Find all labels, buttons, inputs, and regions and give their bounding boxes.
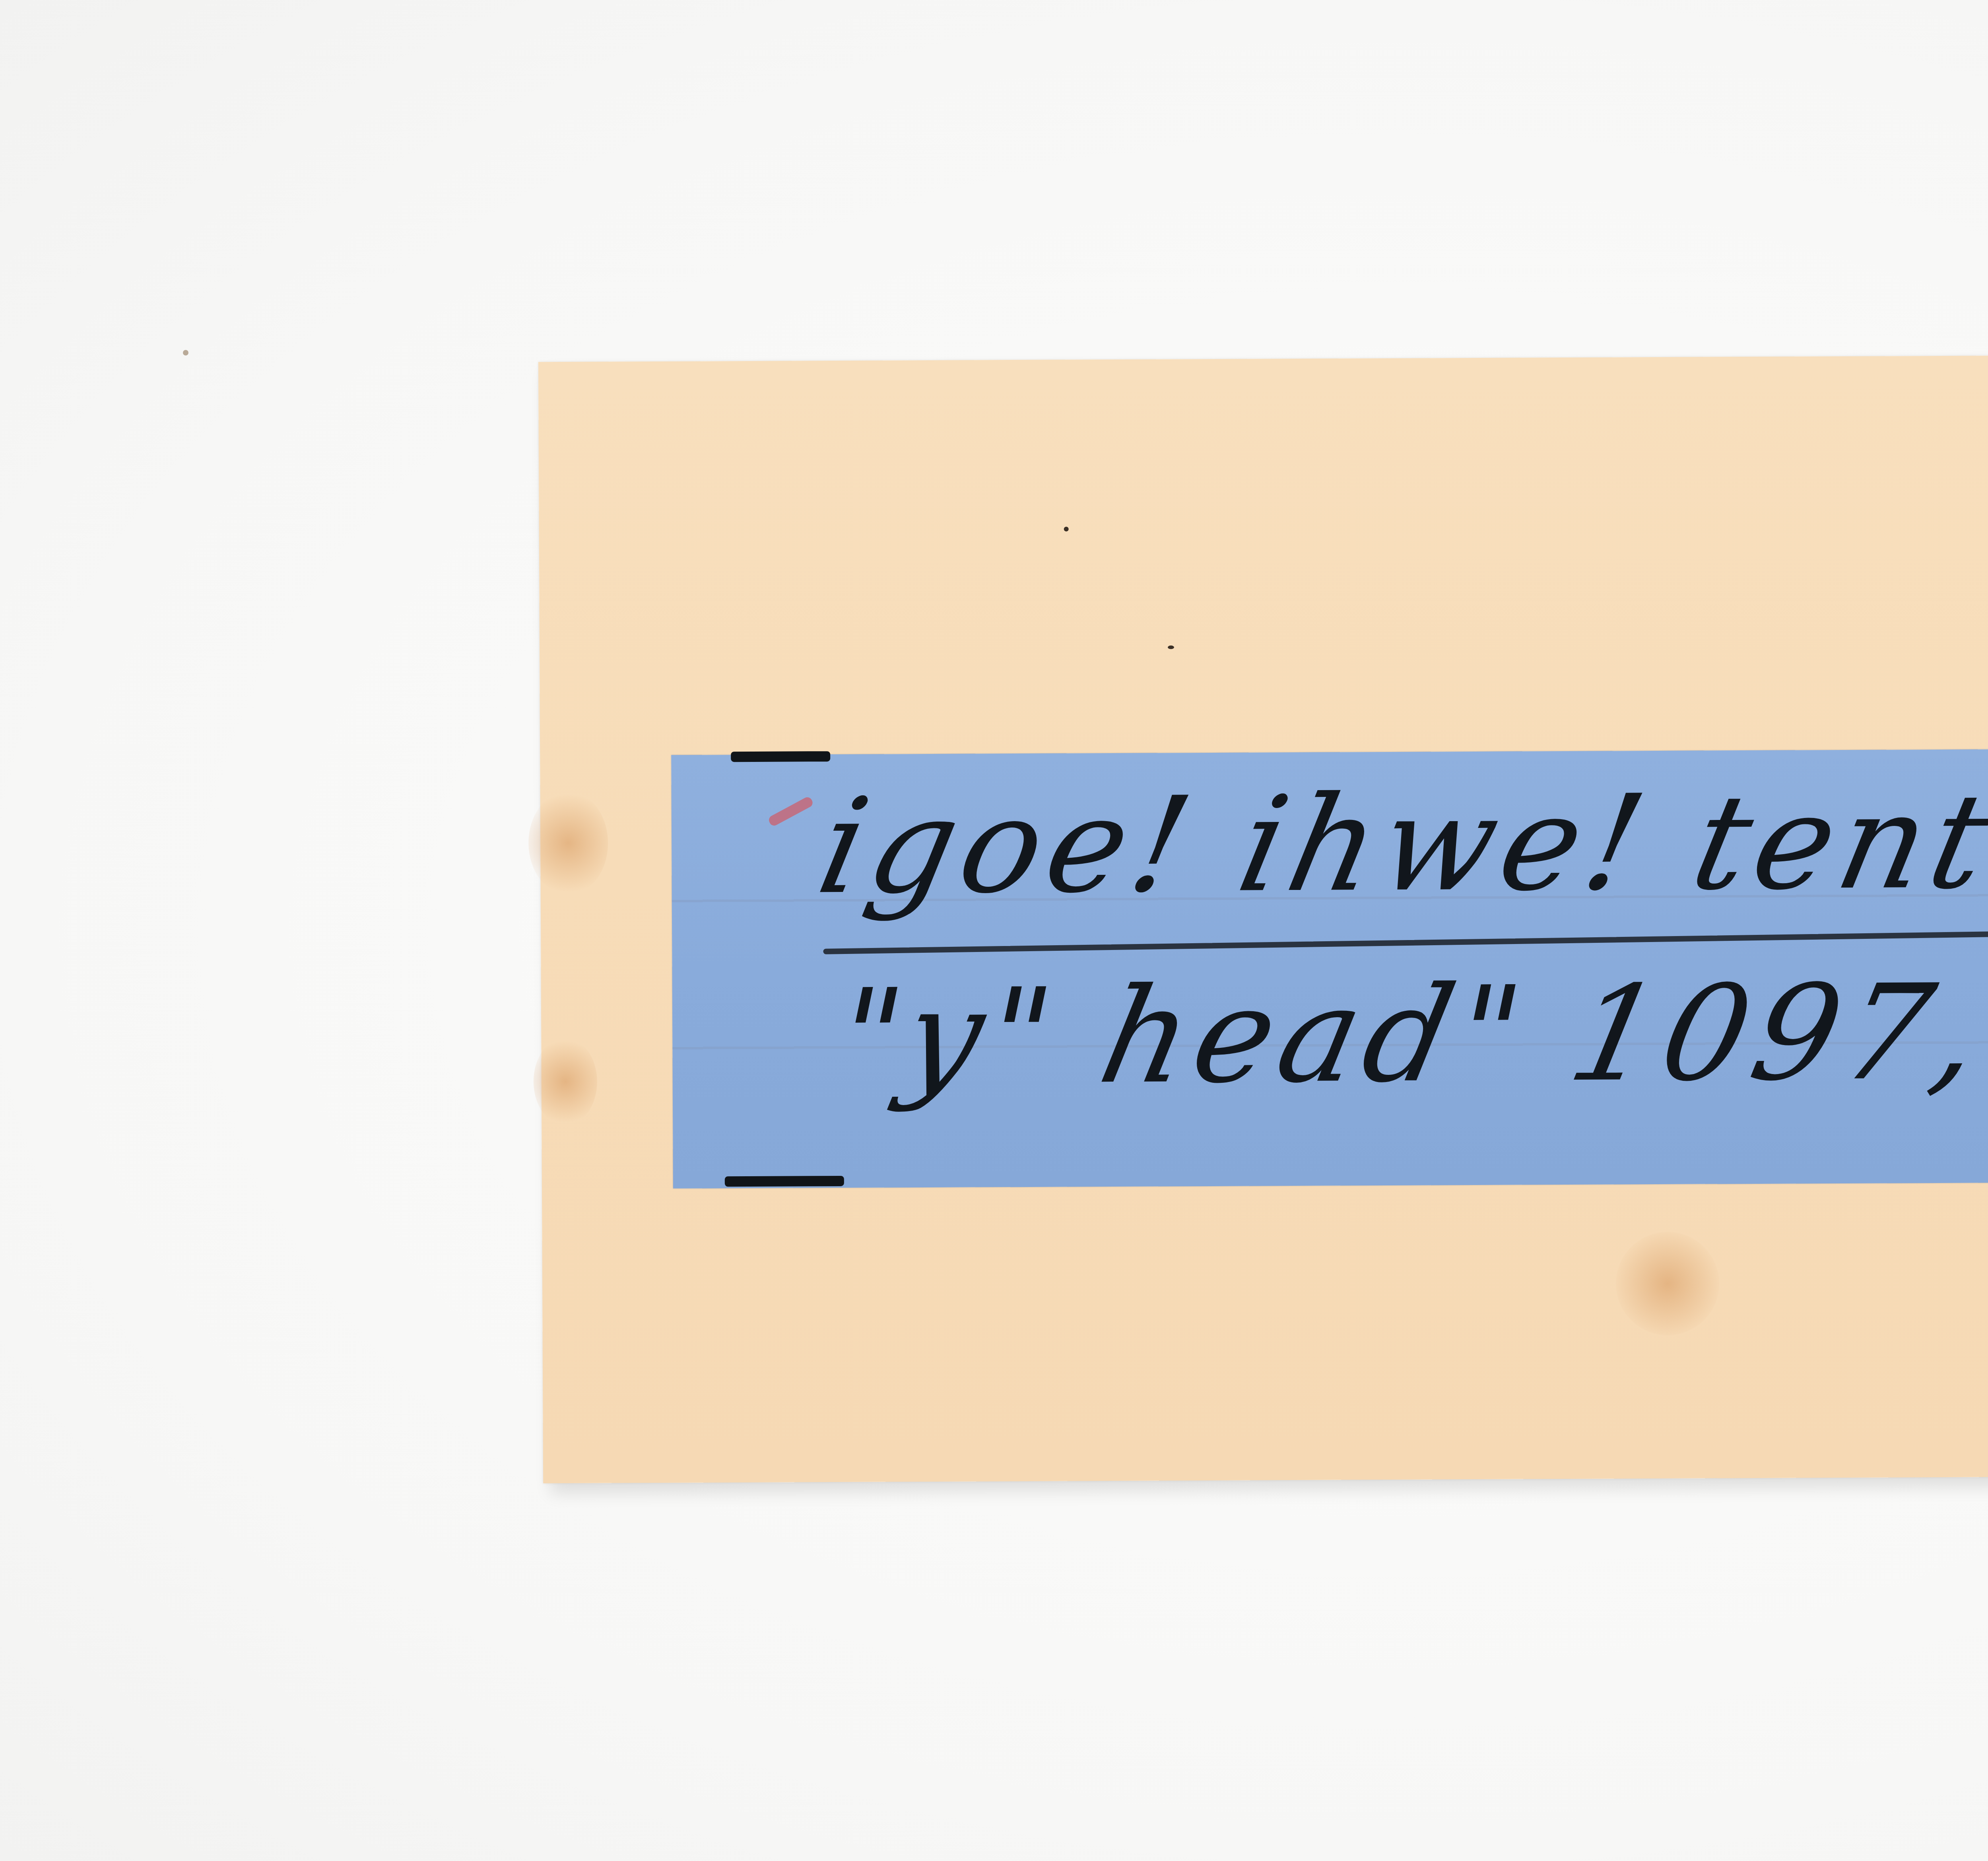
ink-dot: [1168, 645, 1174, 649]
cream-card: igoe! ihwe! tentu tna! "y" head" 1097, 1…: [538, 354, 1988, 1484]
ink-edge-mark: [725, 1176, 844, 1187]
foxing-stain: [528, 791, 608, 895]
blue-paper-strip: igoe! ihwe! tentu tna! "y" head" 1097, 1…: [671, 748, 1988, 1189]
photo-background: igoe! ihwe! tentu tna! "y" head" 1097, 1…: [0, 0, 1988, 1861]
handwritten-underline: [823, 928, 1988, 954]
dust-speck: [183, 350, 188, 355]
ink-edge-mark: [731, 751, 830, 762]
foxing-stain: [533, 1038, 597, 1126]
handwriting-line-1: igoe! ihwe! tentu tna!: [807, 763, 1988, 923]
handwriting-line-2: "y" head" 1097, 1;: [823, 955, 1988, 1114]
ink-dot: [1064, 526, 1069, 531]
red-pencil-mark: [767, 796, 814, 828]
foxing-stain: [1615, 1232, 1719, 1335]
